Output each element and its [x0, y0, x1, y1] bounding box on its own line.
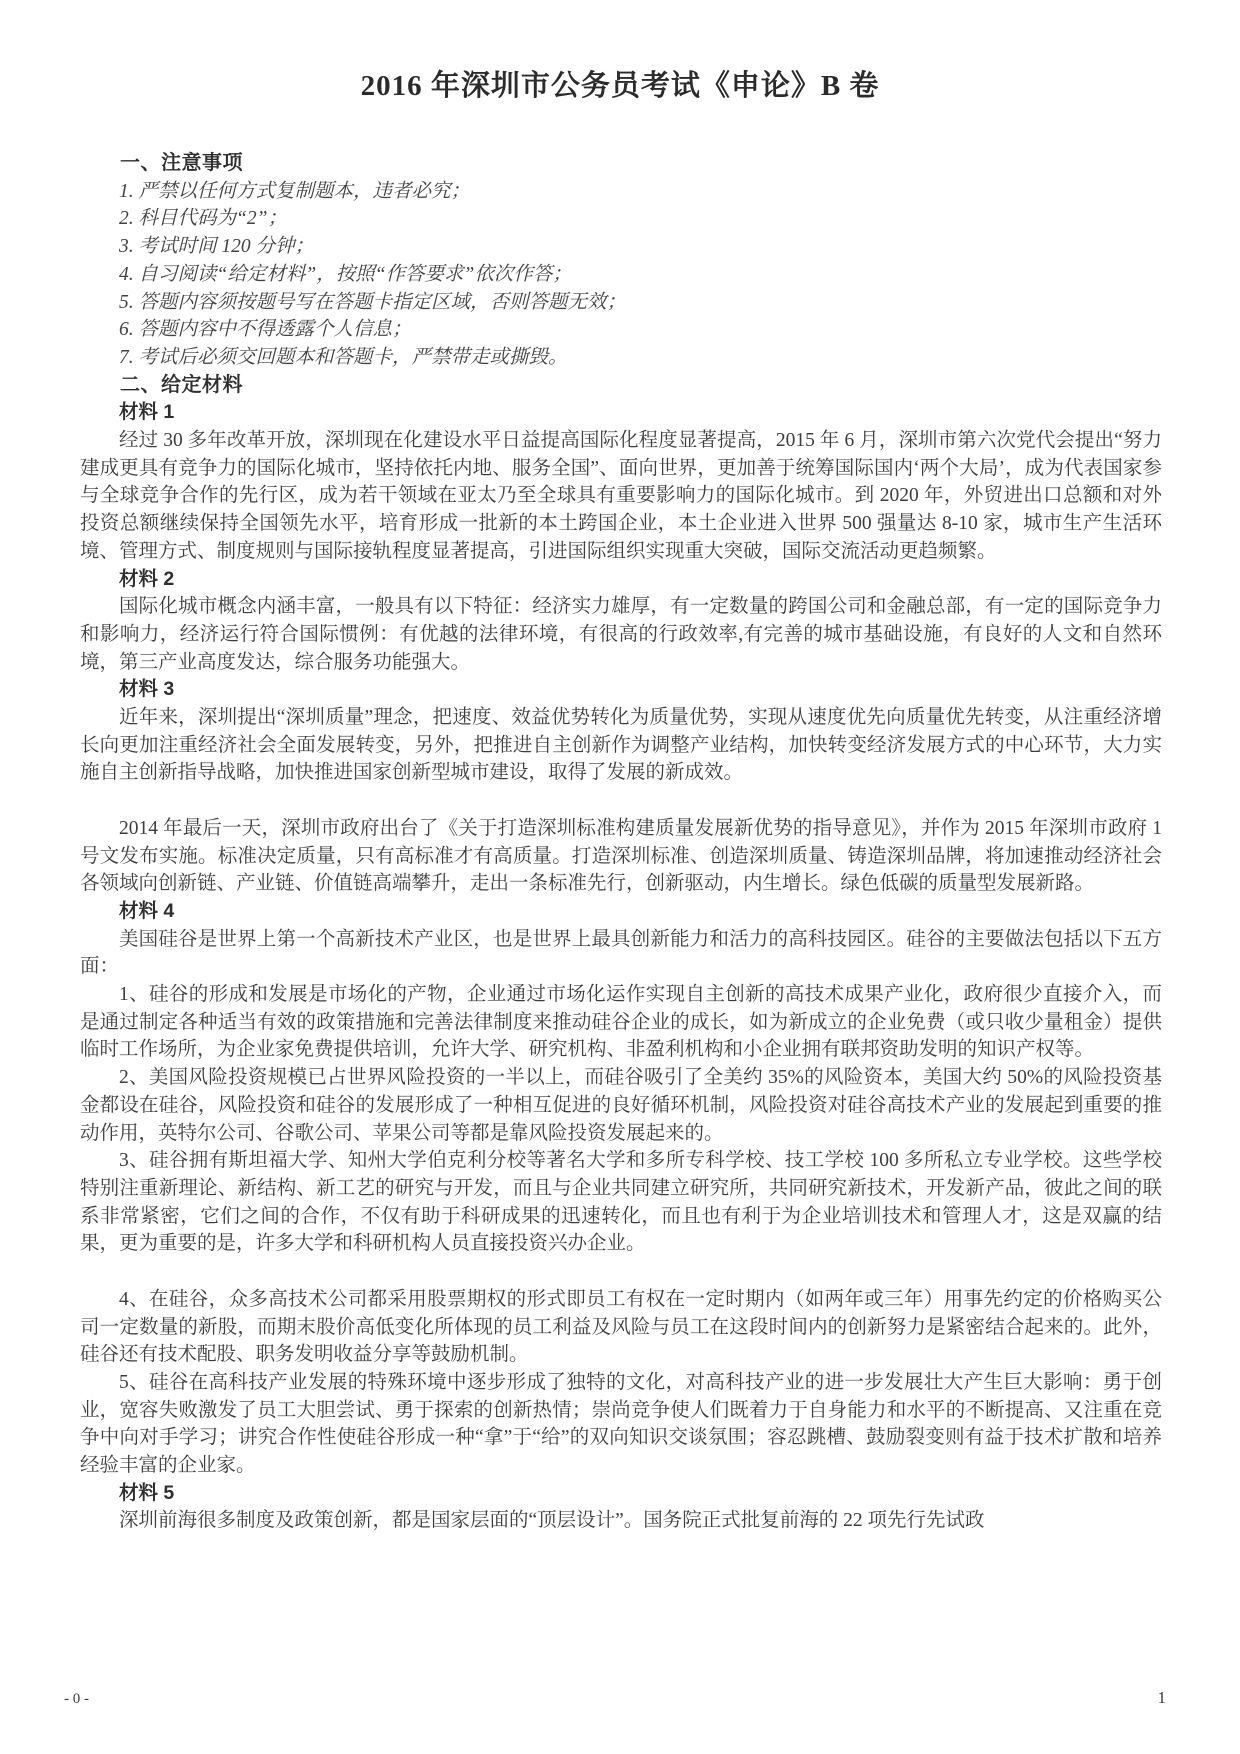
footer-page-number: 1	[1158, 1688, 1167, 1708]
material-label: 材料 4	[80, 898, 1162, 926]
material-label: 材料 1	[80, 399, 1162, 427]
notice-item: 5. 答题内容须按题号写在答题卡指定区域，否则答题无效；	[80, 289, 1162, 317]
footer-page-marker: - 0 -	[64, 1691, 89, 1708]
material-block: 材料 4美国硅谷是世界上第一个高新技术产业区，也是世界上最具创新能力和活力的高科…	[80, 898, 1162, 1480]
materials-heading: 二、给定材料	[80, 372, 1162, 400]
material-paragraph: 经过 30 多年改革开放，深圳现在化建设水平日益提高国际化程度显著提高，2015…	[80, 427, 1162, 566]
page-footer: - 0 - 1	[64, 1688, 1166, 1708]
material-paragraph: 国际化城市概念内涵丰富，一般具有以下特征：经济实力雄厚，有一定数量的跨国公司和金…	[80, 593, 1162, 676]
material-paragraph: 美国硅谷是世界上第一个高新技术产业区，也是世界上最具创新能力和活力的高科技园区。…	[80, 926, 1162, 981]
material-label: 材料 5	[80, 1480, 1162, 1508]
notice-item: 1. 严禁以任何方式复制题本，违者必究；	[80, 178, 1162, 206]
material-label: 材料 3	[80, 676, 1162, 704]
notice-item: 7. 考试后必须交回题本和答题卡，严禁带走或撕毁。	[80, 344, 1162, 372]
material-block: 材料 5深圳前海很多制度及政策创新，都是国家层面的“顶层设计”。国务院正式批复前…	[80, 1480, 1162, 1535]
material-block: 材料 2国际化城市概念内涵丰富，一般具有以下特征：经济实力雄厚，有一定数量的跨国…	[80, 566, 1162, 677]
material-label: 材料 2	[80, 566, 1162, 594]
material-paragraph: 4、在硅谷，众多高技术公司都采用股票期权的形式即员工有权在一定时期内（如两年或三…	[80, 1286, 1162, 1369]
material-paragraph: 1、硅谷的形成和发展是市场化的产物，企业通过市场化运作实现自主创新的高技术成果产…	[80, 981, 1162, 1064]
material-paragraph: 近年来，深圳提出“深圳质量”理念，把速度、效益优势转化为质量优势，实现从速度优先…	[80, 704, 1162, 787]
notice-item: 2. 科目代码为“2”；	[80, 205, 1162, 233]
document-page: 2016 年深圳市公务员考试《申论》B 卷 一、注意事项 1. 严禁以任何方式复…	[0, 0, 1240, 1754]
material-block: 材料 3近年来，深圳提出“深圳质量”理念，把速度、效益优势转化为质量优势，实现从…	[80, 676, 1162, 898]
material-paragraph: 深圳前海很多制度及政策创新，都是国家层面的“顶层设计”。国务院正式批复前海的 2…	[80, 1507, 1162, 1535]
page-title: 2016 年深圳市公务员考试《申论》B 卷	[0, 70, 1240, 102]
notice-list: 1. 严禁以任何方式复制题本，违者必究；2. 科目代码为“2”；3. 考试时间 …	[80, 178, 1162, 372]
material-paragraph: 3、硅谷拥有斯坦福大学、知州大学伯克利分校等著名大学和多所专科学校、技工学校 1…	[80, 1147, 1162, 1258]
material-block: 材料 1经过 30 多年改革开放，深圳现在化建设水平日益提高国际化程度显著提高，…	[80, 399, 1162, 565]
notice-item: 4. 自习阅读“给定材料”，按照“作答要求”依次作答；	[80, 261, 1162, 289]
material-paragraph: 5、硅谷在高科技产业发展的特殊环境中逐步形成了独特的文化，对高科技产业的进一步发…	[80, 1369, 1162, 1480]
material-paragraph: 2014 年最后一天，深圳市政府出台了《关于打造深圳标准构建质量发展新优势的指导…	[80, 815, 1162, 898]
material-paragraph: 2、美国风险投资规模已占世界风险投资的一半以上，而硅谷吸引了全美约 35%的风险…	[80, 1064, 1162, 1147]
notice-item: 6. 答题内容中不得透露个人信息；	[80, 316, 1162, 344]
notice-heading: 一、注意事项	[80, 150, 1162, 178]
materials-list: 材料 1经过 30 多年改革开放，深圳现在化建设水平日益提高国际化程度显著提高，…	[80, 399, 1162, 1535]
notice-item: 3. 考试时间 120 分钟；	[80, 233, 1162, 261]
document-body: 一、注意事项 1. 严禁以任何方式复制题本，违者必究；2. 科目代码为“2”；3…	[80, 150, 1162, 1535]
